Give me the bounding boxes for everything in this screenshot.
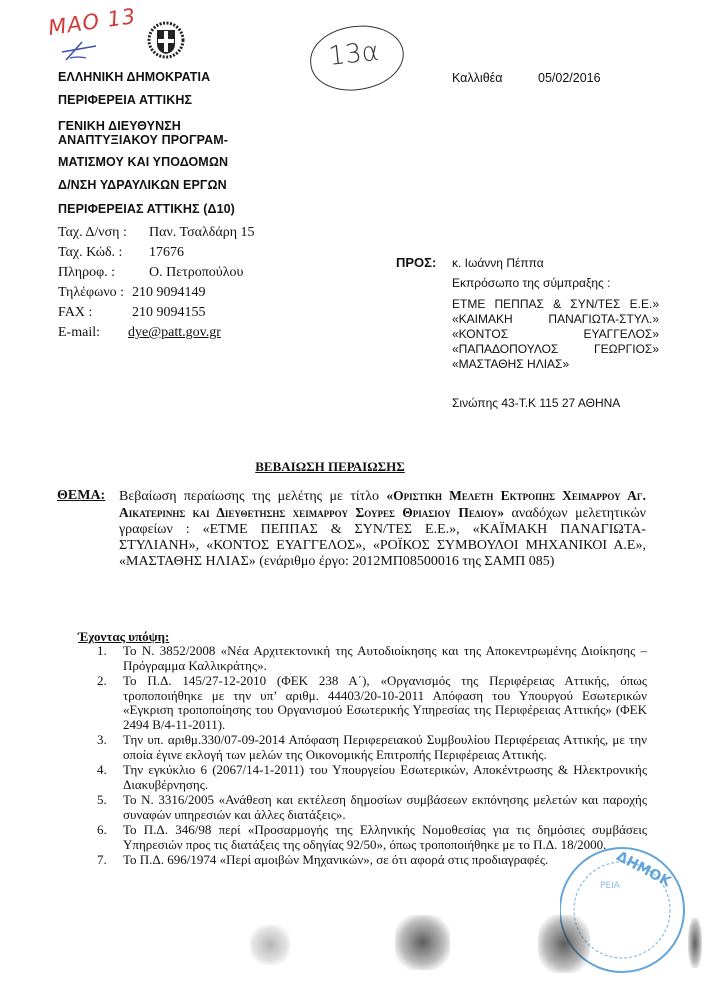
svg-text:ΔΗΜΟΚ: ΔΗΜΟΚ xyxy=(614,848,675,890)
recipient-firm-3: «ΠΑΠΑΔΟΠΟΥΛΟΣ ΓΕΩΡΓΙΟΣ» xyxy=(452,342,659,356)
address-value: Παν. Τσαλδάρη 15 xyxy=(149,225,255,240)
contact-postcode: Ταχ. Κώδ. :17676 xyxy=(58,245,184,261)
list-item: 5.Το Ν. 3316/2005 «Ανάθεση και εκτέλεση … xyxy=(97,793,647,822)
header-line-5: Δ/ΝΣΗ ΥΔΡΑΥΛΙΚΩΝ ΕΡΓΩΝ xyxy=(58,179,227,192)
considering-list: 1.Το Ν. 3852/2008 «Νέα Αρχιτεκτονική της… xyxy=(97,644,647,869)
header-line-3: ΑΝΑΠΤΥΞΙΑΚΟΥ ΠΡΟΓΡΑΜ- xyxy=(58,134,228,147)
recipient-firm-2: «ΚΟΝΤΟΣ ΕΥΑΓΓΕΛΟΣ» xyxy=(452,327,659,341)
info-label: Πληροφ. : xyxy=(58,265,149,281)
fax-value: 210 9094155 xyxy=(132,305,206,320)
phone-label: Τηλέφωνο : xyxy=(58,285,132,301)
document-title: ΒΕΒΑΙΩΣΗ ΠΕΡΑΙΩΣΗΣ xyxy=(0,459,660,475)
subject-intro: Βεβαίωση περαίωσης της μελέτης με τίτλο xyxy=(119,489,386,504)
email-label: E-mail: xyxy=(58,325,128,341)
greek-coat-of-arms-icon xyxy=(146,20,186,60)
phone-value: 210 9094149 xyxy=(132,285,206,300)
contact-fax: FAX :210 9094155 xyxy=(58,305,206,321)
recipient-label: ΠΡΟΣ: xyxy=(396,255,436,270)
handwritten-x-mark-icon xyxy=(60,38,100,64)
list-item: 1.Το Ν. 3852/2008 «Νέα Αρχιτεκτονική της… xyxy=(97,644,647,673)
header-line-6: ΠΕΡΙΦΕΡΕΙΑΣ ΑΤΤΙΚΗΣ (Δ10) xyxy=(58,203,235,216)
list-item: 4.Την εγκύκλιο 6 (2067/14-1-2011) του Υπ… xyxy=(97,763,647,792)
recipient-address: Σινώπης 43-Τ.Κ 115 27 ΑΘΗΝΑ xyxy=(452,396,620,410)
handwritten-circled-note: 13α xyxy=(307,21,407,94)
svg-text:ΡΕΙΑ: ΡΕΙΑ xyxy=(600,881,621,891)
handwritten-red-note: ΜΑΟ 13 xyxy=(47,4,138,40)
recipient-firm-4: «ΜΑΣΤΑΘΗΣ ΗΛΙΑΣ» xyxy=(452,357,569,371)
postcode-label: Ταχ. Κώδ. : xyxy=(58,245,149,261)
contact-address: Ταχ. Δ/νση :Παν. Τσαλδάρη 15 xyxy=(58,225,255,241)
recipient-firm-1: «ΚΑΙΜΑΚΗ ΠΑΝΑΓΙΩΤΑ-ΣΤΥΛ.» xyxy=(452,312,659,326)
email-link[interactable]: dye@patt.gov.gr xyxy=(128,325,221,340)
signature-smudge xyxy=(250,925,290,965)
place: Καλλιθέα xyxy=(452,71,502,85)
signature-smudge xyxy=(395,915,450,970)
address-label: Ταχ. Δ/νση : xyxy=(58,225,149,241)
subject-text: Βεβαίωση περαίωσης της μελέτης με τίτλο … xyxy=(119,488,646,570)
recipient-role: Εκπρόσωπο της σύμπραξης : xyxy=(452,276,610,290)
info-value: Ο. Πετροπούλου xyxy=(149,265,243,280)
list-item: 2.Το Π.Δ. 145/27-12-2010 (ΦΕΚ 238 Α΄), «… xyxy=(97,674,647,732)
fax-label: FAX : xyxy=(58,305,132,321)
contact-email: E-mail:dye@patt.gov.gr xyxy=(58,325,221,341)
contact-phone: Τηλέφωνο :210 9094149 xyxy=(58,285,206,301)
header-line-4: ΜΑΤΙΣΜΟΥ ΚΑΙ ΥΠΟΔΟΜΩΝ xyxy=(58,156,228,169)
signature-smudge xyxy=(688,918,702,968)
list-item: 3.Την υπ. αριθμ.330/07-09-2014 Απόφαση Π… xyxy=(97,733,647,762)
postcode-value: 17676 xyxy=(149,245,184,260)
contact-info: Πληροφ. :Ο. Πετροπούλου xyxy=(58,265,243,281)
date: 05/02/2016 xyxy=(538,71,601,85)
signature-smudge xyxy=(538,915,590,973)
header-line-2: ΓΕΝΙΚΗ ΔΙΕΥΘΥΝΣΗ xyxy=(58,120,181,133)
header-line-1: ΠΕΡΙΦΕΡΕΙΑ ΑΤΤΙΚΗΣ xyxy=(58,94,192,107)
recipient-name: κ. Ιωάννη Πέππα xyxy=(452,256,544,270)
subject-label: ΘΕΜΑ: xyxy=(57,488,105,504)
header-line-0: ΕΛΛΗΝΙΚΗ ΔΗΜΟΚΡΑΤΙΑ xyxy=(58,71,210,84)
recipient-firm-0: ΕΤΜΕ ΠΕΠΠΑΣ & ΣΥΝ/ΤΕΣ Ε.Ε.» xyxy=(452,297,659,311)
